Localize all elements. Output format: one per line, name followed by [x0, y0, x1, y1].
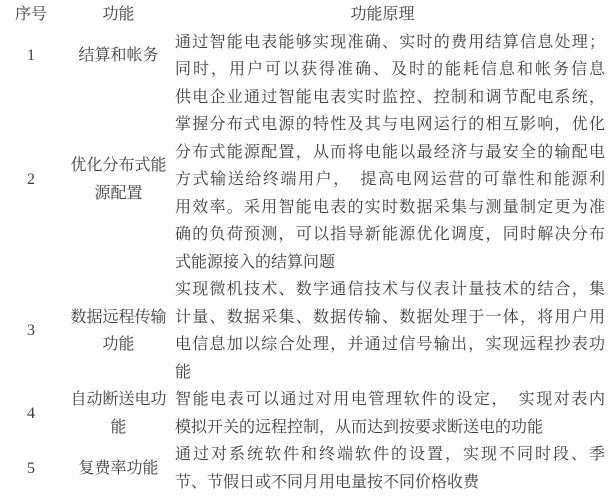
function-principle: 智能电表可以通过对用电管理软件的设定， 实现对表内 模拟开关的远程控制，从而达到… — [175, 386, 610, 441]
principle-line: 用效率。采用智能电表的实时数据采集与测量制定更为准 — [175, 194, 605, 222]
principle-line: 能 — [175, 359, 605, 387]
function-name-text: 复费率功能 — [69, 455, 169, 483]
row-number: 5 — [0, 441, 62, 496]
principle-line: 通过对系统软件和终端软件的设置，实现不同时段、季 — [175, 441, 605, 469]
principle-line: 智能电表可以通过对用电管理软件的设定， 实现对表内 — [175, 386, 605, 414]
table-row-4: 4 自动断送电功能 智能电表可以通过对用电管理软件的设定， 实现对表内 模拟开关… — [0, 386, 610, 441]
principle-line: 通过智能电表能够实现准确、实时的费用结算信息处理； — [175, 29, 605, 57]
principle-line: 式能源接入的结算问题 — [175, 249, 605, 277]
function-principle: 实现微机技术、数字通信技术与仪表计量技术的结合，集 计量、数据采集、数据传输、数… — [175, 276, 610, 386]
row-number: 3 — [0, 276, 62, 386]
table-row-3: 3 数据远程传输功能 实现微机技术、数字通信技术与仪表计量技术的结合，集 计量、… — [0, 276, 610, 386]
principle-line: 供电企业通过智能电表实时监控、控制和调节配电系统， — [175, 84, 605, 112]
principle-line: 计量、数据采集、数据传输、数据处理于一体，将用户用 — [175, 304, 605, 332]
principle-line: 方式输送给终端用户， 提高电网运营的可靠性和能源利 — [175, 166, 605, 194]
function-name-text: 自动断送电功能 — [69, 386, 169, 441]
row-number: 1 — [0, 29, 62, 84]
principle-line: 模拟开关的远程控制，从而达到按要求断送电的功能 — [175, 414, 605, 442]
function-name-text: 优化分布式能源配置 — [69, 152, 169, 207]
function-principle: 供电企业通过智能电表实时监控、控制和调节配电系统， 掌握分布式电源的特性及其与电… — [175, 84, 610, 277]
function-name: 复费率功能 — [62, 441, 175, 496]
row-number: 4 — [0, 386, 62, 441]
row-number: 2 — [0, 84, 62, 277]
function-name: 结算和帐务 — [62, 29, 175, 84]
function-name: 数据远程传输功能 — [62, 276, 175, 386]
function-name-text: 数据远程传输功能 — [69, 304, 169, 359]
column-header-function: 功能 — [62, 1, 175, 29]
principle-line: 同时，用户可以获得准确、及时的能耗信息和帐务信息 — [175, 56, 605, 84]
column-header-number: 序号 — [0, 1, 62, 29]
principle-line: 实现微机技术、数字通信技术与仪表计量技术的结合，集 — [175, 276, 605, 304]
principle-line: 确的负荷预测，可以指导新能源优化调度，同时解决分布 — [175, 221, 605, 249]
principle-line: 分布式能源配置，从而将电能以最经济与最安全的输配电 — [175, 139, 605, 167]
function-name-text: 结算和帐务 — [69, 42, 169, 70]
principle-line: 掌握分布式电源的特性及其与电网运行的相互影响，优化 — [175, 111, 605, 139]
principle-line: 节、节假日或不同月用电量按不同价格收费 — [175, 469, 605, 497]
smart-meter-functions-table: 序号 功能 功能原理 1 结算和帐务 通过智能电表能够实现准确、实时的费用结算信… — [0, 1, 610, 496]
principle-line: 电信息加以综合处理，并通过信号输出，实现远程抄表功 — [175, 331, 605, 359]
function-principle: 通过对系统软件和终端软件的设置，实现不同时段、季 节、节假日或不同月用电量按不同… — [175, 441, 610, 496]
function-name: 自动断送电功能 — [62, 386, 175, 441]
function-principle: 通过智能电表能够实现准确、实时的费用结算信息处理； 同时，用户可以获得准确、及时… — [175, 29, 610, 84]
column-header-principle: 功能原理 — [175, 1, 610, 29]
table-row-5: 5 复费率功能 通过对系统软件和终端软件的设置，实现不同时段、季 节、节假日或不… — [0, 441, 610, 496]
function-name: 优化分布式能源配置 — [62, 84, 175, 277]
table-row-2: 2 优化分布式能源配置 供电企业通过智能电表实时监控、控制和调节配电系统， 掌握… — [0, 84, 610, 277]
table-header-row: 序号 功能 功能原理 — [0, 1, 610, 29]
table-row-1: 1 结算和帐务 通过智能电表能够实现准确、实时的费用结算信息处理； 同时，用户可… — [0, 29, 610, 84]
